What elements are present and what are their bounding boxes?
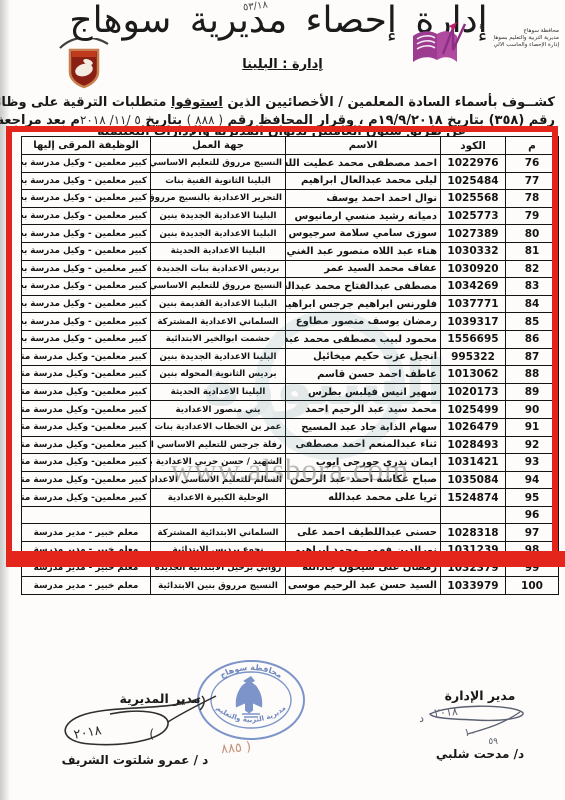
cell-code: 1031239: [441, 542, 506, 560]
cell-position: كبير معلمين- وكيل مدرسة متفرغ: [22, 418, 151, 436]
cell-workplace: نجوع برديس الابتدائية: [151, 542, 286, 560]
left-signature-name: د / عمرو شلتوت الشريف: [45, 753, 225, 767]
table-row-obscured: 96: [22, 506, 559, 524]
table-row: 821030920عفاف محمد السيد عمربرديس الاعدا…: [22, 260, 559, 278]
cell-workplace: البلينا الاعدادية الحديثة: [151, 383, 286, 401]
header-name: الاسم: [286, 137, 441, 155]
svg-text:): ): [149, 727, 154, 741]
svg-text:د: د: [420, 712, 424, 725]
cell-position: كبير معلمين - وكيل مدرسة بجدول: [22, 207, 151, 225]
logo-text-line: مديرية التربية والتعليم بسوهاج: [493, 35, 559, 42]
table-row: 791025773دميانه رشيد منسي ارمانيوسالبلين…: [22, 207, 559, 225]
cell-code: 1028318: [441, 524, 506, 542]
cell-workplace: البلينا الاعدادية الجديدة بنين: [151, 207, 286, 225]
table-row: 1001033979السيد حسن عبد الرحيم موسىالنسي…: [22, 577, 559, 595]
cell-code: 1033979: [441, 577, 506, 595]
cell-num: 86: [506, 330, 559, 348]
cell-position: كبير معلمين - وكيل مدرسة بجدول: [22, 313, 151, 331]
cell-position: معلم خبير - مدير مدرسة: [22, 559, 151, 577]
cell-position: كبير معلمين - وكيل مدرسة بجدول: [22, 225, 151, 243]
cell-code: 1030332: [441, 242, 506, 260]
logo-text-line: محافظة سوهاج: [493, 28, 559, 35]
cell-workplace: النسيج مرروق للتعليم الاساسي الاعدادية: [151, 155, 286, 173]
table-row: 931031421ايمان ندرى جورجى ايوبالشهيد / ح…: [22, 454, 559, 472]
cell-workplace: البلينا الاعدادية الجديدة بنين: [151, 348, 286, 366]
cell-name: نورالدين فهمي محمد ابراهيم: [286, 542, 441, 560]
cell-workplace: حشمت ابوالخير الابتدائية: [151, 330, 286, 348]
cell-name: ايمان ندرى جورجى ايوب: [286, 454, 441, 472]
cell-name: عاطف احمد حسن قاسم: [286, 366, 441, 384]
administration-label: إدارة :: [282, 57, 322, 72]
table-row: 861556695محمود لبيب مصطفى محمد عبداللطيف…: [22, 330, 559, 348]
header-position: الوظيفة المرقى إليها: [22, 137, 151, 155]
cell-num: 94: [506, 471, 559, 489]
cell-name: صباح عكاشه احمد عبد الرحمن: [286, 471, 441, 489]
table-row: 881013062عاطف احمد حسن قاسمبرديس الثانوي…: [22, 366, 559, 384]
cell-name: رمضان على شيحون جادالله: [286, 559, 441, 577]
cell-num: 92: [506, 436, 559, 454]
underlined-word: استوفوا: [171, 95, 223, 110]
cell-name: ليلى محمد عبدالعال ابراهيم: [286, 172, 441, 190]
cell-workplace: البلينا الثانوية الفنية بنات: [151, 172, 286, 190]
cell-num: 99: [506, 559, 559, 577]
cell-code: 1025499: [441, 401, 506, 419]
cell-num: 78: [506, 190, 559, 208]
cell-num: 80: [506, 225, 559, 243]
logo-text-line: إدارة الإحصاء والحاسب الآلي: [493, 42, 559, 49]
cell-num: 83: [506, 278, 559, 296]
cell-name: محمد سيد عبد الرحيم احمد: [286, 401, 441, 419]
left-signature-scrawl: ٢٠١٨ ): [50, 694, 220, 752]
logo-text-lines: محافظة سوهاجمديرية التربية والتعليم بسوه…: [493, 28, 559, 49]
cell-workplace: البلينا الاعدادية القديمة بنين: [151, 295, 286, 313]
cell-name: مصطفى عبدالفتاح محمد عبدالعزيز: [286, 278, 441, 296]
cell-code: 1034269: [441, 278, 506, 296]
table-row: 951524874ثريا على محمد عبداللهالوحلية ال…: [22, 489, 559, 507]
cell-position: كبير معلمين - وكيل مدرسة بجدول: [22, 295, 151, 313]
table-row: 87995322انجيل عزت حكيم ميخائيلالبلينا ال…: [22, 348, 559, 366]
cell-workplace: برديس الثانوية المحوله بنين: [151, 366, 286, 384]
table-row: 771025484ليلى محمد عبدالعال ابراهيمالبلي…: [22, 172, 559, 190]
header-serial: م: [506, 137, 559, 155]
cell-num: 96: [506, 506, 559, 524]
cell-position: كبير معلمين - وكيل مدرسة بجدول: [22, 242, 151, 260]
cell-num: 90: [506, 401, 559, 419]
intro-line-1: كشــوف بأسماء السادة المعلمين / الأخصائي…: [8, 95, 555, 110]
svg-text:٢٠١٨: ٢٠١٨: [73, 723, 103, 743]
cell-code: 1022976: [441, 155, 506, 173]
cell-num: 100: [506, 577, 559, 595]
table-row: 991032379رمضان على شيحون جاداللهروابي بر…: [22, 559, 559, 577]
cell-position: كبير معلمين- وكيل مدرسة متفرغ: [22, 471, 151, 489]
table-row: 851039317رمضان يوسف منصور مطاوعالسلماني …: [22, 313, 559, 331]
cell-code: 1031421: [441, 454, 506, 472]
cell-code: 1039317: [441, 313, 506, 331]
cell-num: 84: [506, 295, 559, 313]
promotion-table: م الكود الاسم جهة العمل الوظيفة المرقى إ…: [21, 136, 559, 595]
administration-value: البلينا: [242, 57, 277, 72]
cell-workplace: السلماني الاعدادية المشتركة: [151, 313, 286, 331]
cell-workplace: [151, 506, 286, 524]
cell-workplace: التحرير الاعدادية بالنسيج مرروق: [151, 190, 286, 208]
cell-code: 1025484: [441, 172, 506, 190]
cell-num: 82: [506, 260, 559, 278]
cell-num: 76: [506, 155, 559, 173]
svg-text:٢٠١٨: ٢٠١٨: [434, 705, 459, 720]
table-header-row: م الكود الاسم جهة العمل الوظيفة المرقى إ…: [22, 137, 559, 155]
cell-code: 1524874: [441, 489, 506, 507]
cell-position: كبير معلمين- وكيل مدرسة متفرغ: [22, 436, 151, 454]
cell-name: سهام الذابة جاد عبد المسيح: [286, 418, 441, 436]
cell-workplace: الوحلية الكبيرة الاعدادية: [151, 489, 286, 507]
table-row: 911026479سهام الذابة جاد عبد المسيحعمر ب…: [22, 418, 559, 436]
cell-position: كبير معلمين - وكيل مدرسة بجدول: [22, 155, 151, 173]
right-signature-scrawl: ٢٠١٨ ١٠ ٥٩ د: [420, 700, 535, 748]
table-row: 811030332هناء عبد اللاه منصور عبد الغنيا…: [22, 242, 559, 260]
cell-name: انجيل عزت حكيم ميخائيل: [286, 348, 441, 366]
cell-position: كبير معلمين- وكيل مدرسة متفرغ: [22, 401, 151, 419]
table-row: 781025568نوال احمد احمد يوسفالتحرير الاع…: [22, 190, 559, 208]
cell-num: 85: [506, 313, 559, 331]
cell-code: 1020173: [441, 383, 506, 401]
header-code: الكود: [441, 137, 506, 155]
cell-workplace: الشهيد / حسن حربي الاعدادية بالسمطا: [151, 454, 286, 472]
promotion-table-sheet: م الكود الاسم جهة العمل الوظيفة المرقى إ…: [21, 136, 559, 595]
cell-workplace: النسيج مرروق بنين الابتدائية: [151, 577, 286, 595]
cell-num: 95: [506, 489, 559, 507]
cell-name: ثناء عبدالمنعم احمد مصطفى: [286, 436, 441, 454]
table-row: 761022976احمد مصطفى محمد عطيت اللهالنسيج…: [22, 155, 559, 173]
cell-code: [441, 506, 506, 524]
header-workplace: جهة العمل: [151, 137, 286, 155]
cell-code: 1030920: [441, 260, 506, 278]
cell-num: 87: [506, 348, 559, 366]
cell-name: محمود لبيب مصطفى محمد عبداللطيف: [286, 330, 441, 348]
cell-position: كبير معلمين - وكيل مدرسة بجدول: [22, 260, 151, 278]
cell-workplace: البلينا الاعدادية الجديدة بنين: [151, 225, 286, 243]
cell-code: 1556695: [441, 330, 506, 348]
cell-num: 97: [506, 524, 559, 542]
cell-name: سوزى سامي سلامة سرجيوس: [286, 225, 441, 243]
cell-code: 1028493: [441, 436, 506, 454]
cell-position: كبير معلمين- وكيل مدرسة متفرغ: [22, 348, 151, 366]
cell-position: كبير معلمين - وكيل مدرسة بجدول: [22, 330, 151, 348]
table-row: 971028318حسنى عبداللطيف احمد علىالسلماني…: [22, 524, 559, 542]
cell-name: حسنى عبداللطيف احمد على: [286, 524, 441, 542]
cell-position: كبير معلمين - وكيل مدرسة بجدول: [22, 190, 151, 208]
table-row: 921028493ثناء عبدالمنعم احمد مصطفىرفلة ج…: [22, 436, 559, 454]
cell-workplace: برديس الاعدادية بنات الجديدة: [151, 260, 286, 278]
cell-position: كبير معلمين- وكيل مدرسة متفرغ: [22, 383, 151, 401]
cell-num: 98: [506, 542, 559, 560]
scanned-document-page: إدارة إحصاء مديرية سوهاج ٥٣/١٨ ٤ محافظة …: [0, 0, 565, 800]
cell-position: معلم خبير - مدير مدرسة: [22, 542, 151, 560]
table-row: 801027389سوزى سامي سلامة سرجيوسالبلينا ا…: [22, 225, 559, 243]
cell-position: معلم خبير - مدير مدرسة: [22, 524, 151, 542]
cell-position: كبير معلمين - وكيل مدرسة بجدول: [22, 278, 151, 296]
cell-code: 1013062: [441, 366, 506, 384]
cell-name: رمضان يوسف منصور مطاوع: [286, 313, 441, 331]
cell-position: كبير معلمين- وكيل مدرسة متفرغ: [22, 454, 151, 472]
cell-position: [22, 506, 151, 524]
table-row: 891020173سهير انيس فيلبس بطرسالبلينا الا…: [22, 383, 559, 401]
cell-name: السيد حسن عبد الرحيم موسى: [286, 577, 441, 595]
cell-workplace: السالم للتعليم الاساسي الاعدادية ببني حم…: [151, 471, 286, 489]
cell-workplace: البلينا الاعدادية الحديثة: [151, 242, 286, 260]
svg-text:٥٩: ٥٩: [488, 737, 498, 747]
right-signature-name: د/ مدحت شلبي: [420, 747, 540, 761]
cell-num: 91: [506, 418, 559, 436]
cell-workplace: بني منصور الاعدادية: [151, 401, 286, 419]
cell-name: فلورنس ابراهيم جرجس ابراهيم: [286, 295, 441, 313]
cell-num: 89: [506, 383, 559, 401]
cell-code: 1025773: [441, 207, 506, 225]
cell-code: 1025568: [441, 190, 506, 208]
table-row: 841037771فلورنس ابراهيم جرجس ابراهيمالبل…: [22, 295, 559, 313]
stamp-handwritten-number: ( ٨٨٥: [220, 740, 251, 758]
cell-workplace: النسيج مرروق للتعليم الاساسي الاعدادية: [151, 278, 286, 296]
cell-position: كبير معلمين- وكيل مدرسة متفرغ: [22, 489, 151, 507]
cell-code: 1026479: [441, 418, 506, 436]
cell-name: عفاف محمد السيد عمر: [286, 260, 441, 278]
handwritten-four-mark: ٤: [479, 22, 484, 32]
table-row: 981031239نورالدين فهمي محمد ابراهيمنجوع …: [22, 542, 559, 560]
table-row: 901025499محمد سيد عبد الرحيم احمدبني منص…: [22, 401, 559, 419]
cell-num: 79: [506, 207, 559, 225]
cell-name: [286, 506, 441, 524]
cell-name: سهير انيس فيلبس بطرس: [286, 383, 441, 401]
cell-num: 81: [506, 242, 559, 260]
cell-position: كبير معلمين - وكيل مدرسة بجدول: [22, 172, 151, 190]
cell-code: 1027389: [441, 225, 506, 243]
cell-num: 93: [506, 454, 559, 472]
table-row: 941035084صباح عكاشه احمد عبد الرحمنالسال…: [22, 471, 559, 489]
cell-code: 1032379: [441, 559, 506, 577]
cell-workplace: عمر بن الخطاب الاعدادية بنات: [151, 418, 286, 436]
table-row: 831034269مصطفى عبدالفتاح محمد عبدالعزيزا…: [22, 278, 559, 296]
cell-code: 995322: [441, 348, 506, 366]
cell-name: هناء عبد اللاه منصور عبد الغني: [286, 242, 441, 260]
cell-name: نوال احمد احمد يوسف: [286, 190, 441, 208]
cell-num: 77: [506, 172, 559, 190]
cell-code: 1037771: [441, 295, 506, 313]
cell-code: 1035084: [441, 471, 506, 489]
cell-workplace: السلماني الابتدائية المشتركة: [151, 524, 286, 542]
administration-line: إدارة : البلينا: [0, 57, 565, 72]
svg-text:١٠: ١٠: [464, 726, 476, 739]
cell-name: دميانه رشيد منسي ارمانيوس: [286, 207, 441, 225]
cell-name: احمد مصطفى محمد عطيت الله: [286, 155, 441, 173]
cell-name: ثريا على محمد عبدالله: [286, 489, 441, 507]
cell-position: معلم خبير - مدير مدرسة: [22, 577, 151, 595]
cell-num: 88: [506, 366, 559, 384]
cell-workplace: رفلة جرجس للتعليم الاساسي الاعدادية: [151, 436, 286, 454]
cell-position: كبير معلمين- وكيل مدرسة متفرغ: [22, 366, 151, 384]
cell-workplace: روابي برحيل الابتدائية الجديدة: [151, 559, 286, 577]
